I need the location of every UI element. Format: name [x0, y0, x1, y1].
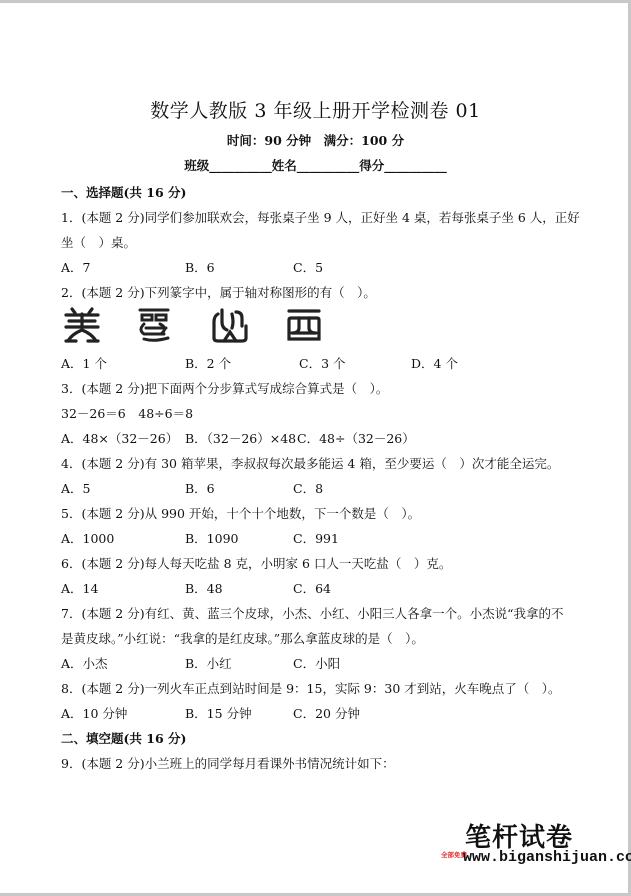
- question-2-text: 2．(本题 2 分)下列篆字中，属于轴对称图形的有（ ）。: [61, 283, 376, 301]
- question-3-expression: 32－26＝6 48÷6＝8: [61, 404, 193, 422]
- question-7-text: 7．(本题 2 分)有红、黄、蓝三个皮球，小杰、小红、小阳三人各拿一个。小杰说“…: [61, 604, 564, 622]
- option-c: C．3 个: [299, 354, 346, 372]
- option-b: B．小红: [185, 654, 232, 672]
- option-d: D．4 个: [411, 354, 458, 372]
- section-heading-choice: 一、选择题(共 16 分): [61, 183, 186, 201]
- exam-meta: 时间：90 分钟 满分：100 分: [0, 131, 631, 149]
- question-3-text: 3．(本题 2 分)把下面两个分步算式写成综合算式是（ ）。: [61, 379, 388, 397]
- option-c: C．991: [293, 529, 339, 547]
- question-4-text: 4．(本题 2 分)有 30 箱苹果，李叔叔每次最多能运 4 箱，至少要运（ ）…: [61, 454, 559, 472]
- option-b: B．48: [185, 579, 223, 597]
- option-b: B．2 个: [185, 354, 231, 372]
- option-c: C．64: [293, 579, 331, 597]
- option-b: B．1090: [185, 529, 239, 547]
- option-b: B．15 分钟: [185, 704, 252, 722]
- option-b: B．（32－26）×48: [185, 429, 296, 447]
- question-1-text-cont: 坐（ ）桌。: [61, 233, 136, 251]
- option-b: B．6: [185, 258, 215, 276]
- option-c: C．20 分钟: [293, 704, 360, 722]
- question-7-text-cont: 是黄皮球。”小红说：“我拿的是红皮球。”那么拿蓝皮球的是（ ）。: [61, 629, 424, 647]
- seal-char-shan-icon: [210, 306, 250, 344]
- seal-char-li-icon: [134, 306, 174, 344]
- option-a: A．1000: [61, 529, 114, 547]
- page-title: 数学人教版 3 年级上册开学检测卷 01: [0, 96, 631, 123]
- option-b: B．6: [185, 479, 215, 497]
- option-a: A．5: [61, 479, 90, 497]
- option-a: A．小杰: [61, 654, 108, 672]
- section-heading-fill: 二、填空题(共 16 分): [61, 729, 186, 747]
- seal-char-xi-icon: [284, 306, 324, 344]
- question-8-text: 8．(本题 2 分)一列火车正点到站时间是 9：15，实际 9：30 才到站，火…: [61, 679, 561, 697]
- option-a: A．10 分钟: [61, 704, 127, 722]
- option-c: C．8: [293, 479, 323, 497]
- option-a: A．14: [61, 579, 98, 597]
- option-c: C．48÷（32－26）: [297, 429, 415, 447]
- seal-char-mei-icon: [62, 306, 102, 344]
- option-c: C．5: [293, 258, 323, 276]
- question-6-text: 6．(本题 2 分)每人每天吃盐 8 克，小明家 6 口人一天吃盐（ ）克。: [61, 554, 451, 572]
- watermark-url: www.biganshijuan.com: [463, 849, 631, 866]
- option-a: A．48×（32－26）: [61, 429, 178, 447]
- question-1-text: 1．(本题 2 分)同学们参加联欢会，每张桌子坐 9 人，正好坐 4 桌，若每张…: [61, 208, 580, 226]
- question-5-text: 5．(本题 2 分)从 990 开始，十个十个地数，下一个数是（ ）。: [61, 504, 420, 522]
- student-info-fields: 班级__________姓名__________得分__________: [0, 156, 631, 174]
- option-a: A．1 个: [61, 354, 107, 372]
- option-a: A．7: [61, 258, 90, 276]
- question-9-text: 9．(本题 2 分)小兰班上的同学每月看课外书情况统计如下：: [61, 754, 395, 772]
- option-c: C．小阳: [293, 654, 340, 672]
